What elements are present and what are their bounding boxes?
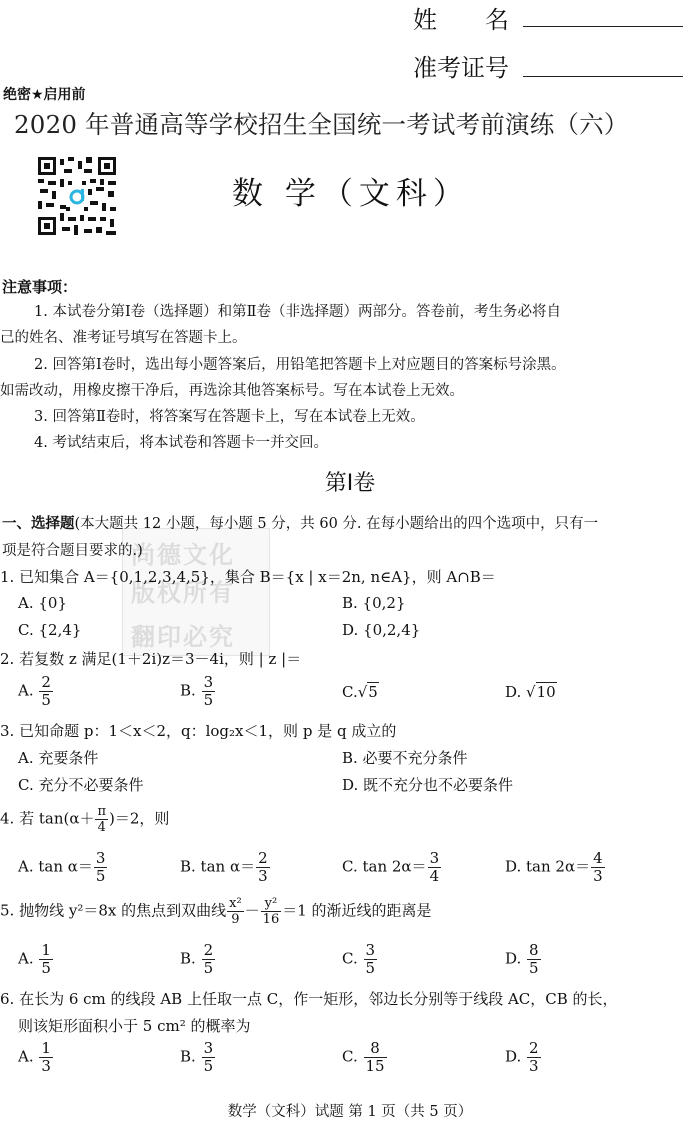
option-label: D. tan 2α＝ [505, 858, 590, 876]
question-6-option-d[interactable]: D. 23 [505, 1040, 542, 1075]
notice-line: 1. 本试卷分第Ⅰ卷（选择题）和第Ⅱ卷（非选择题）两部分。答卷前，考生务必将自 [34, 299, 561, 325]
notice-line: 如需改动，用橡皮擦干净后，再选涂其他答案标号。写在本试卷上无效。 [0, 378, 464, 404]
question-6-option-b[interactable]: B. 35 [180, 1040, 216, 1075]
fraction-denominator: 5 [202, 960, 216, 977]
option-label: B. [180, 682, 196, 700]
exam-id-input-line[interactable] [523, 76, 683, 77]
notice-line: 4. 考试结束后，将本试卷和答题卡一并交回。 [34, 430, 328, 456]
fraction-denominator: 5 [39, 692, 53, 709]
question-3-option-b[interactable]: B. 必要不充分条件 [342, 747, 468, 768]
question-3-stem: 3. 已知命题 p：1＜x＜2，q：log₂x＜1，则 p 是 q 成立的 [0, 720, 396, 741]
fraction-denominator: 15 [364, 1058, 387, 1075]
question-4-stem: 4. 若 tan(α＋π4)＝2，则 [0, 804, 169, 835]
fraction-numerator: 2 [202, 942, 216, 960]
section-heading: 一、选择题(本大题共 12 小题，每小题 5 分，共 60 分. 在每小题给出的… [2, 512, 598, 533]
option-label: A. tan α＝ [18, 858, 93, 876]
option-label: A. [18, 950, 34, 968]
volume-title: 第Ⅰ卷 [0, 466, 700, 497]
option-label: D. [505, 683, 521, 701]
fraction-denominator: 3 [256, 868, 270, 885]
option-label: C. [342, 683, 358, 701]
qr-code-icon [38, 157, 116, 235]
notice-line: 2. 回答第Ⅰ卷时，选出每小题答案后，用铅笔把答题卡上对应题目的答案标号涂黑。 [34, 352, 566, 378]
exam-title: 2020 年普通高等学校招生全国统一考试考前演练（六） [14, 106, 629, 141]
stem-text: ＝1 的渐近线的距离是 [282, 902, 431, 920]
option-label: B. [180, 1048, 196, 1066]
fraction-numerator: 3 [94, 850, 108, 868]
exam-id-label: 准考证号 [413, 48, 509, 83]
fraction-denominator: 3 [527, 1058, 541, 1075]
question-3-option-a[interactable]: A. 充要条件 [18, 747, 98, 768]
question-4-option-a[interactable]: A. tan α＝35 [18, 850, 108, 885]
watermark-line: 尚德文化 [131, 535, 235, 570]
option-label: C. [342, 1048, 358, 1066]
question-5-stem: 5. 抛物线 y²＝8x 的焦点到双曲线x²9－y²16＝1 的渐近线的距离是 [0, 896, 432, 927]
fraction-denominator: 16 [261, 912, 282, 927]
option-label: D. [505, 1048, 521, 1066]
fraction-denominator: 3 [591, 868, 605, 885]
question-1-option-b[interactable]: B. {0,2} [342, 594, 406, 612]
option-label: B. tan α＝ [180, 858, 255, 876]
fraction-denominator: 5 [39, 960, 53, 977]
question-5-option-d[interactable]: D. 85 [505, 942, 542, 977]
notice-line: 己的姓名、准考证号填写在答题卡上。 [0, 325, 247, 351]
fraction-denominator: 5 [527, 960, 541, 977]
stem-text: － [245, 902, 260, 920]
question-4-option-d[interactable]: D. tan 2α＝43 [505, 850, 606, 885]
fraction-numerator: 1 [39, 942, 53, 960]
sqrt-value: 5 [367, 682, 379, 701]
sqrt-icon: √ [526, 683, 536, 701]
fraction-denominator: 5 [364, 960, 378, 977]
question-3-option-c[interactable]: C. 充分不必要条件 [18, 774, 143, 795]
stem-text: )＝2，则 [109, 810, 169, 828]
question-6-option-c[interactable]: C. 815 [342, 1040, 388, 1075]
subject-title: 数 学（文科） [232, 168, 470, 213]
question-6-stem: 6. 在长为 6 cm 的线段 AB 上任取一点 C，作一矩形，邻边长分别等于线… [0, 988, 618, 1009]
section-title: 一、选择题 [2, 516, 75, 532]
name-input-line[interactable] [523, 26, 683, 27]
question-2-option-a[interactable]: A. 25 [18, 674, 54, 709]
fraction-numerator: π [95, 804, 108, 820]
question-3-option-d[interactable]: D. 既不充分也不必要条件 [342, 774, 513, 795]
stem-text: 4. 若 tan(α＋ [0, 810, 94, 828]
question-5-option-a[interactable]: A. 15 [18, 942, 54, 977]
name-label: 姓 名 [413, 0, 509, 35]
fraction-numerator: 2 [527, 1040, 541, 1058]
option-label: C. tan 2α＝ [342, 858, 427, 876]
notice-heading: 注意事项： [2, 276, 77, 297]
section-desc: (本大题共 12 小题，每小题 5 分，共 60 分. 在每小题给出的四个选项中… [75, 516, 599, 532]
option-label: B. [180, 950, 196, 968]
question-4-option-c[interactable]: C. tan 2α＝34 [342, 850, 442, 885]
question-1-option-d[interactable]: D. {0,2,4} [342, 621, 420, 639]
fraction-numerator: x² [227, 896, 244, 912]
question-5-option-b[interactable]: B. 25 [180, 942, 216, 977]
watermark: 尚德文化 版权所有 翻印必究 [122, 528, 270, 656]
question-2-option-b[interactable]: B. 35 [180, 674, 216, 709]
section-desc-cont: 项是符合题目要求的.) [2, 538, 143, 564]
fraction-numerator: 2 [39, 674, 53, 692]
fraction-denominator: 4 [95, 820, 108, 835]
option-label: C. [342, 950, 358, 968]
question-1-option-c[interactable]: C. {2,4} [18, 621, 81, 639]
fraction-numerator: 8 [527, 942, 541, 960]
fraction-numerator: 3 [202, 1040, 216, 1058]
option-label: A. [18, 682, 34, 700]
fraction-numerator: y² [261, 896, 282, 912]
question-4-option-b[interactable]: B. tan α＝23 [180, 850, 271, 885]
fraction-numerator: 2 [256, 850, 270, 868]
option-label: A. [18, 1048, 34, 1066]
fraction-denominator: 5 [94, 868, 108, 885]
page-footer: 数学（文科）试题 第 1 页（共 5 页） [0, 1100, 700, 1121]
question-1-option-a[interactable]: A. {0} [18, 594, 67, 612]
fraction-denominator: 5 [202, 1058, 216, 1075]
notice-line: 3. 回答第Ⅱ卷时，将答案写在答题卡上，写在本试卷上无效。 [34, 404, 425, 430]
question-5-option-c[interactable]: C. 35 [342, 942, 378, 977]
watermark-line: 翻印必究 [131, 617, 235, 652]
question-2-stem: 2. 若复数 z 满足(1＋2i)z＝3－4i，则 | z |＝ [0, 648, 301, 669]
question-6-option-a[interactable]: A. 13 [18, 1040, 54, 1075]
secret-mark: 绝密★启用前 [3, 84, 86, 104]
fraction-numerator: 3 [202, 674, 216, 692]
fraction-numerator: 8 [364, 1040, 387, 1058]
fraction-numerator: 3 [364, 942, 378, 960]
sqrt-icon: √ [358, 683, 368, 701]
fraction-denominator: 9 [227, 912, 244, 927]
question-2-option-c[interactable]: C.√5 [342, 683, 379, 701]
fraction-denominator: 5 [202, 692, 216, 709]
option-label: D. [505, 950, 521, 968]
fraction-numerator: 4 [591, 850, 605, 868]
question-2-option-d[interactable]: D. √10 [505, 683, 557, 701]
fraction-numerator: 3 [428, 850, 442, 868]
fraction-denominator: 3 [39, 1058, 53, 1075]
fraction-denominator: 4 [428, 868, 442, 885]
question-1-stem: 1. 已知集合 A＝{0,1,2,3,4,5}，集合 B＝{x | x＝2n, … [0, 566, 496, 587]
question-6-stem-cont: 则该矩形面积小于 5 cm² 的概率为 [18, 1015, 251, 1036]
sqrt-value: 10 [536, 682, 557, 701]
fraction-numerator: 1 [39, 1040, 53, 1058]
stem-text: 5. 抛物线 y²＝8x 的焦点到双曲线 [0, 902, 226, 920]
